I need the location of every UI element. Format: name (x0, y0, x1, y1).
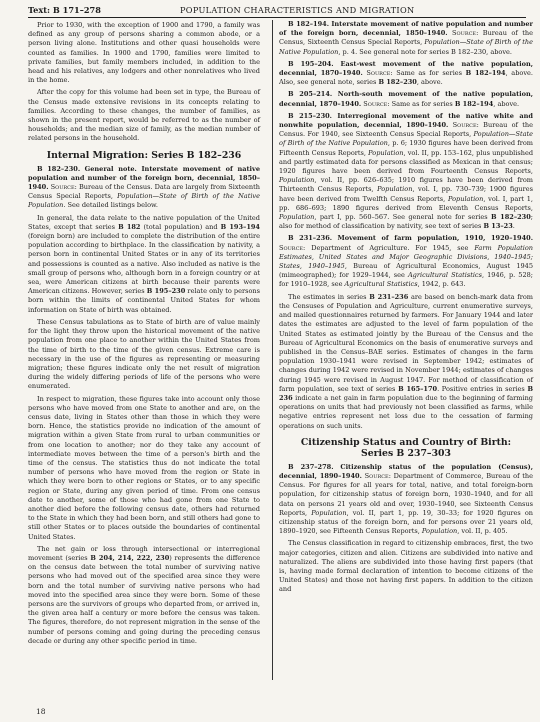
entry-general-note: B 182–230. General note. Interstate move… (28, 165, 260, 211)
right-column: B 182–194. Interstate movement of native… (272, 20, 533, 680)
entry-b231-236: B 231–236. Movement of farm population, … (279, 234, 533, 289)
left-column: Prior to 1930, with the exception of 190… (28, 21, 260, 649)
section-heading-citizenship: Citizenship Status and Country of Birth:… (279, 437, 533, 459)
entry-b215-230: B 215–230. Interregional movement of the… (279, 112, 533, 232)
paragraph-revisions: After the copy for this volume had been … (28, 88, 260, 143)
entry-b205-214: B 205–214. North-south movement of the n… (279, 90, 533, 108)
paragraph-migration-scope: In respect to migration, these figures t… (28, 395, 260, 542)
entry-b237-278: B 237–278. Citizenship status of the pop… (279, 463, 533, 537)
paragraph-state-of-birth: These Census tabulations as to State of … (28, 318, 260, 392)
paragraph-net-gain-loss: The net gain or loss through intersectio… (28, 545, 260, 646)
running-header: Text: B 171–278 POPULATION CHARACTERISTI… (28, 2, 526, 18)
entry-b195-204: B 195–204. East-west movement of the nat… (279, 60, 533, 88)
paragraph-family-definition: Prior to 1930, with the exception of 190… (28, 21, 260, 85)
page-number: 18 (36, 707, 46, 716)
paragraph-farm-estimates: The estimates in series B 231–236 are ba… (279, 293, 533, 431)
paragraph-citizenship-classification: The Census classification in regard to c… (279, 539, 533, 594)
header-section-ref: Text: B 171–278 (28, 5, 148, 17)
paragraph-nativity: In general, the data relate to the nativ… (28, 214, 260, 315)
document-page: Text: B 171–278 POPULATION CHARACTERISTI… (0, 0, 540, 722)
entry-b182-194: B 182–194. Interstate movement of native… (279, 20, 533, 57)
section-heading-internal-migration: Internal Migration: Series B 182–236 (28, 150, 260, 161)
header-title: POPULATION CHARACTERISTICS AND MIGRATION (148, 5, 526, 17)
